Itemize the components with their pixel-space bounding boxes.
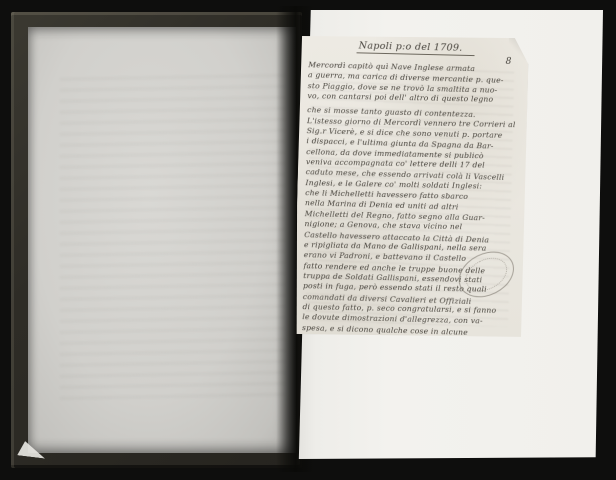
bleed-through-ghost-text [60, 70, 285, 402]
scanned-volume-image: Napoli p:o del 1709. 8 Mercordì capitò q… [0, 0, 616, 480]
left-blank-page [28, 27, 296, 453]
manuscript-page: Napoli p:o del 1709. 8 Mercordì capitò q… [294, 33, 529, 339]
book-cover [11, 12, 302, 468]
dateline-heading: Napoli p:o del 1709. [357, 40, 475, 56]
